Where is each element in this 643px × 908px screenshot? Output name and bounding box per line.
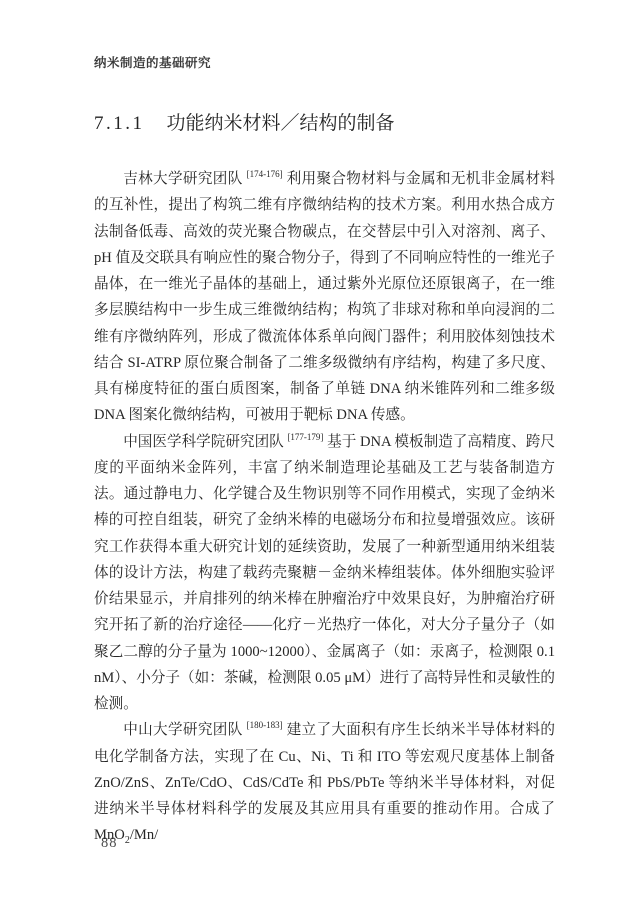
paragraph: 中山大学研究团队 [180-183] 建立了大面积有序生长纳米半导体材料的电化学… (94, 717, 555, 848)
text-run: 基于 DNA 模板制造了高精度、跨尺度的平面纳米金阵列，丰富了纳米制造理论基础及… (94, 434, 555, 713)
citation-ref: [177-179] (287, 432, 323, 442)
section-number: 7.1.1 (94, 113, 145, 134)
book-page: 纳米制造的基础研究 7.1.1功能纳米材料／结构的制备 吉林大学研究团队 [17… (94, 0, 555, 849)
running-head: 纳米制造的基础研究 (94, 0, 555, 71)
text-run: 中国医学科学院研究团队 (123, 434, 287, 450)
paragraph: 吉林大学研究团队 [174-176] 利用聚合物材料与金属和无机非金属材料的互补… (94, 166, 555, 429)
citation-ref: [174-176] (247, 169, 283, 179)
page-number: 88 (101, 835, 118, 852)
body-paragraphs: 吉林大学研究团队 [174-176] 利用聚合物材料与金属和无机非金属材料的互补… (94, 166, 555, 849)
paragraph: 中国医学科学院研究团队 [177-179] 基于 DNA 模板制造了高精度、跨尺… (94, 429, 555, 718)
section-title-text: 功能纳米材料／结构的制备 (167, 113, 395, 134)
text-run: /Mn/ (130, 827, 158, 843)
citation-ref: [180-183] (247, 720, 283, 730)
text-run: 建立了大面积有序生长纳米半导体材料的电化学制备方法，实现了在 Cu、Ni、Ti … (94, 722, 555, 843)
text-run: 吉林大学研究团队 (123, 171, 246, 187)
text-run: 中山大学研究团队 (123, 722, 246, 738)
section-title: 7.1.1功能纳米材料／结构的制备 (94, 108, 555, 135)
text-run: 利用聚合物材料与金属和无机非金属材料的互补性，提出了构筑二维有序微纳结构的技术方… (94, 171, 555, 423)
